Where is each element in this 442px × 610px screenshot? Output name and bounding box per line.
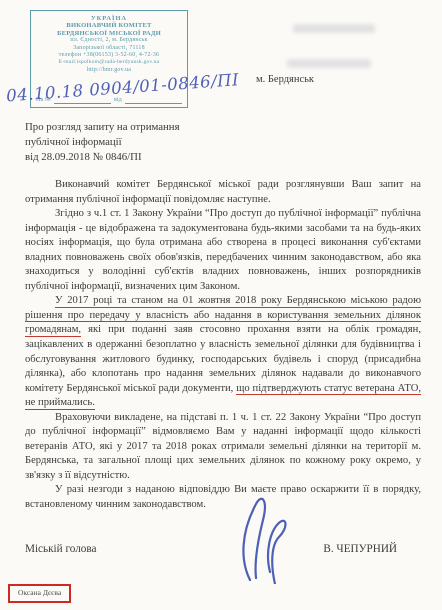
stamp-line: http://bmr.gov.ua [31, 67, 187, 74]
subject-block: Про розгляд запиту на отриманняпублічної… [25, 120, 180, 166]
stamp-line: БЕРДЯНСЬКОЇ МІСЬКОЇ РАДИ [31, 30, 187, 37]
subject-line: від 28.09.2018 № 0846/ПІ [25, 150, 180, 165]
executor-stamp-box: Оксана Дєєва [8, 584, 71, 603]
body-text: Згідно з ч.1 ст. 1 Закону України “Про д… [25, 208, 421, 292]
redacted-recipient-address [287, 59, 371, 68]
body-text: Виконавчий комітет Бердянської міської р… [25, 179, 421, 205]
body-paragraphs: Виконавчий комітет Бердянської міської р… [25, 178, 421, 513]
signer-position: Міській голова [25, 543, 96, 555]
body-text: Враховуючи викладене, на підставі п. 1 ч… [25, 412, 421, 481]
redacted-recipient-name [293, 24, 375, 33]
signature-row: Міській голова В. ЧЕПУРНИЙ [25, 543, 397, 555]
recipient-city: м. Бердянськ [256, 74, 314, 85]
body-paragraph: Згідно з ч.1 ст. 1 Закону України “Про д… [25, 207, 421, 294]
subject-line: публічної інформації [25, 135, 180, 150]
stamp-line: E-mail:ispolkom@rada-berdyansk.gov.ua [31, 59, 187, 66]
scanned-letter-page: УКРАЇНАВИКОНАВЧИЙ КОМІТЕТБЕРДЯНСЬКОЇ МІС… [0, 0, 442, 610]
executor-name: Оксана Дєєва [18, 588, 61, 597]
stamp-lines: УКРАЇНАВИКОНАВЧИЙ КОМІТЕТБЕРДЯНСЬКОЇ МІС… [31, 15, 187, 74]
body-paragraph: Враховуючи викладене, на підставі п. 1 ч… [25, 411, 421, 484]
subject-line: Про розгляд запиту на отримання [25, 120, 180, 135]
stamp-line: телефон +38(06153) 3-52-60, 4-72-36 [31, 52, 187, 59]
body-paragraph: У 2017 році та станом на 01 жовтня 2018 … [25, 294, 421, 410]
handwritten-signature-icon [220, 494, 300, 584]
stamp-line: ВИКОНАВЧИЙ КОМІТЕТ [31, 22, 187, 29]
signer-name: В. ЧЕПУРНИЙ [323, 543, 397, 555]
stamp-ref-date-blank [125, 96, 182, 104]
stamp-line: пл. Єдності, 2, м. Бердянськ [31, 37, 187, 44]
body-paragraph: Виконавчий комітет Бердянської міської р… [25, 178, 421, 207]
stamp-line: Запорізької області, 71118 [31, 45, 187, 52]
